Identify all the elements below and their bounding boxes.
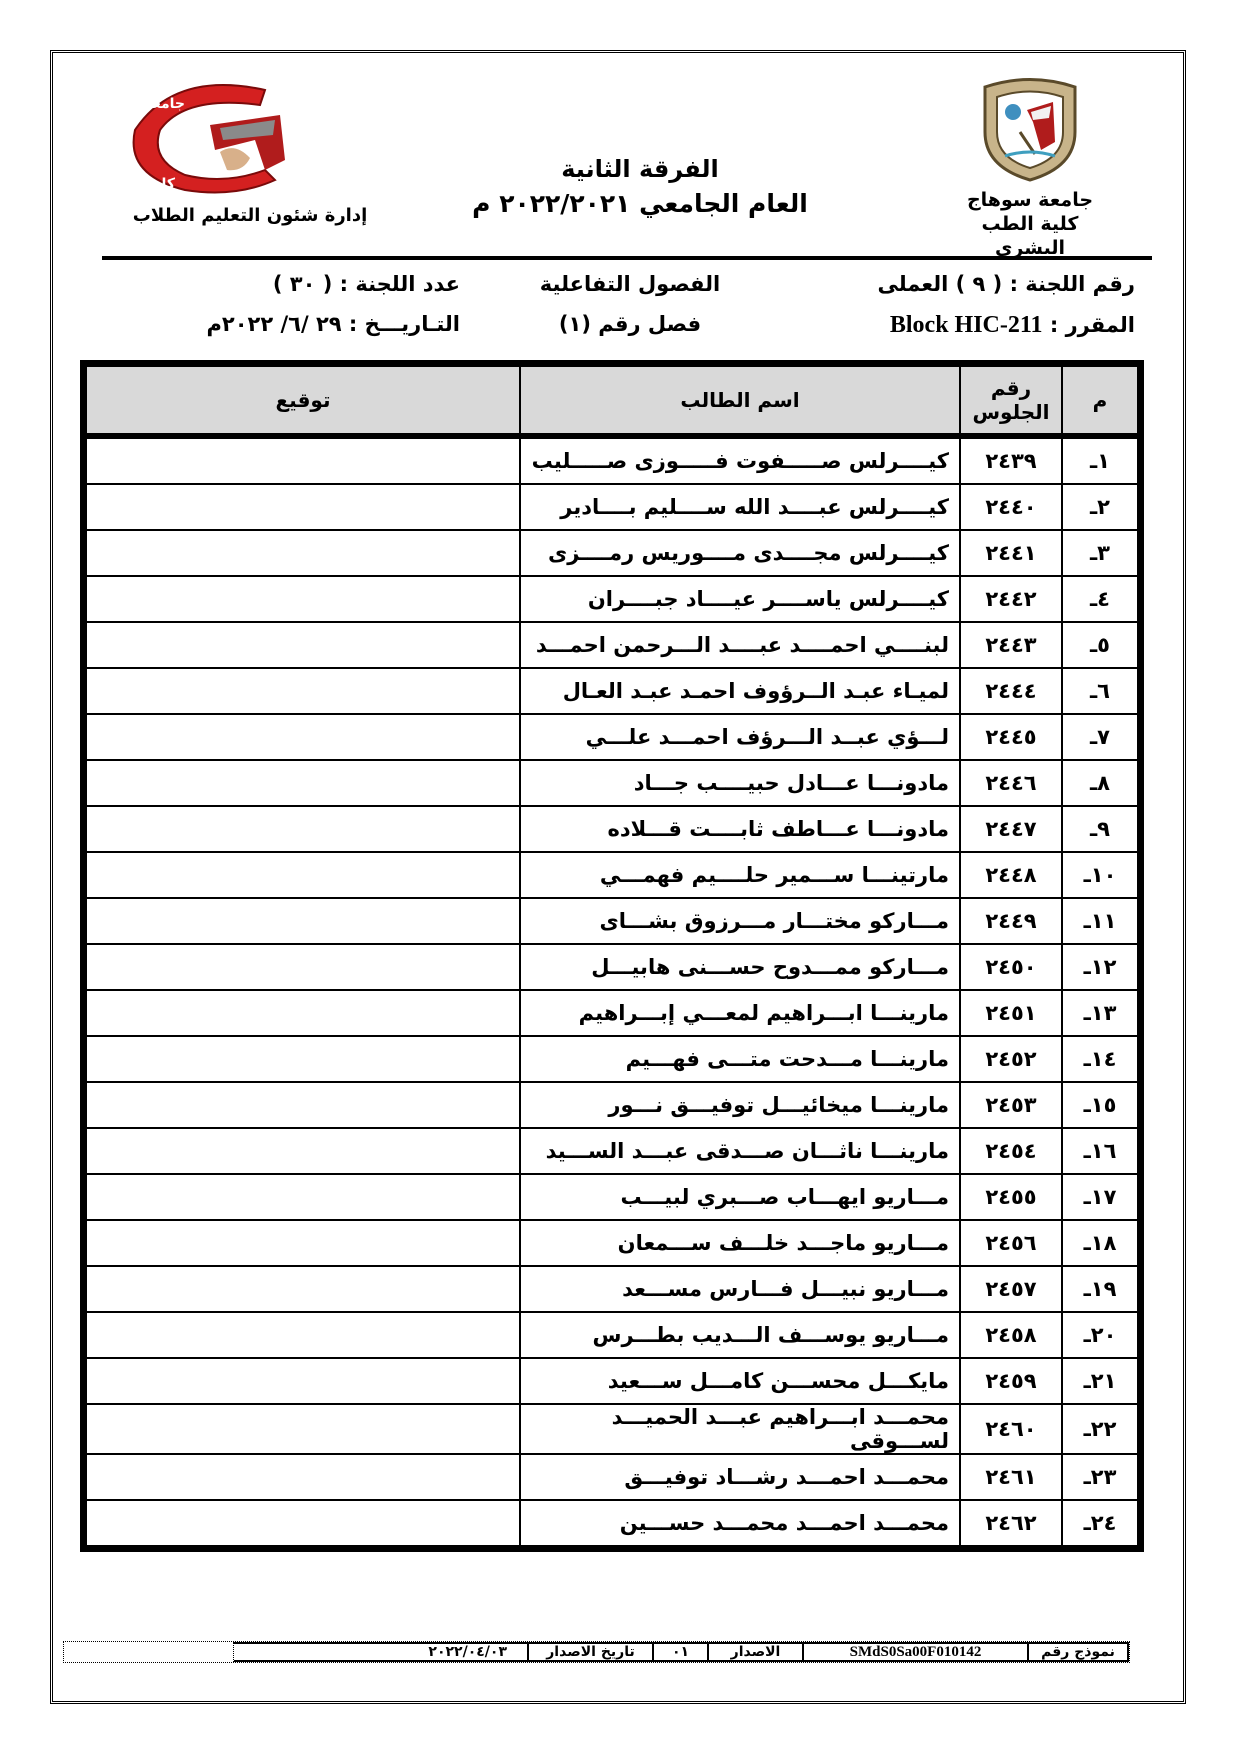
table-row: ٢١ـ٢٤٥٩مايكـــل محســـن كامـــل ســـعيد (86, 1358, 1138, 1404)
table-header-row: م رقم الجلوس اسم الطالب توقيع (86, 366, 1138, 436)
row-signature-field[interactable] (86, 714, 520, 760)
row-signature-field[interactable] (86, 1128, 520, 1174)
table-row: ١٧ـ٢٤٥٥مـــاريو ايهـــاب صـــبري لبيـــب (86, 1174, 1138, 1220)
row-index: ١٧ـ (1062, 1174, 1138, 1220)
table-row: ١٦ـ٢٤٥٤مارينـــا ناثـــان صـــدقى عبـــد… (86, 1128, 1138, 1174)
university-name: جامعة سوهاج (960, 188, 1100, 212)
row-seat-number: ٢٤٥٨ (960, 1312, 1062, 1358)
row-student-name: كيــــرلس مجــــدى مــــوريس رمــــزى (520, 530, 960, 576)
row-seat-number: ٢٤٤٤ (960, 668, 1062, 714)
row-seat-number: ٢٤٤٨ (960, 852, 1062, 898)
row-student-name: كيــــرلس ياســــر عيــــاد جبــــران (520, 576, 960, 622)
table-row: ٣ـ٢٤٤١كيــــرلس مجــــدى مــــوريس رمـــ… (86, 530, 1138, 576)
row-index: ١٣ـ (1062, 990, 1138, 1036)
table-row: ٧ـ٢٤٤٥لـــؤي عبــد الـــرؤف احمـــد علــ… (86, 714, 1138, 760)
committee-count: عدد اللجنة : ( ٣٠ ) (270, 272, 460, 296)
row-seat-number: ٢٤٤٧ (960, 806, 1062, 852)
year-level: الفرقة الثانية (440, 152, 840, 186)
row-index: ١١ـ (1062, 898, 1138, 944)
row-seat-number: ٢٤٦٠ (960, 1404, 1062, 1454)
committee-number: رقم اللجنة : ( ٩ ) العملى (877, 272, 1135, 296)
sohag-university-logo (975, 72, 1085, 182)
row-signature-field[interactable] (86, 622, 520, 668)
table-row: ١ـ٢٤٣٩كيــــرلس صـــــفوت فـــــوزى صـــ… (86, 436, 1138, 484)
row-student-name: كيــــرلس صـــــفوت فـــــوزى صـــــليب (520, 436, 960, 484)
row-index: ١٦ـ (1062, 1128, 1138, 1174)
row-index: ٧ـ (1062, 714, 1138, 760)
row-seat-number: ٢٤٣٩ (960, 436, 1062, 484)
exam-date: التـاريـــخ : ٢٩ /٦/ ٢٠٢٢م (170, 312, 460, 336)
row-signature-field[interactable] (86, 530, 520, 576)
row-seat-number: ٢٤٥٢ (960, 1036, 1062, 1082)
row-student-name: مـــاريو ماجـــد خلـــف ســـمعان (520, 1220, 960, 1266)
header-student-name: اسم الطالب (520, 366, 960, 436)
row-student-name: مـــاريو ايهـــاب صـــبري لبيـــب (520, 1174, 960, 1220)
row-signature-field[interactable] (86, 944, 520, 990)
row-index: ٦ـ (1062, 668, 1138, 714)
table-row: ١٥ـ٢٤٥٣مارينـــا ميخائيـــل توفيـــق نــ… (86, 1082, 1138, 1128)
svg-text:كلية الطب: كلية الطب (115, 176, 176, 192)
form-number-label: نموذج رقم (1029, 1642, 1129, 1662)
row-seat-number: ٢٤٥٩ (960, 1358, 1062, 1404)
row-seat-number: ٢٤٥١ (960, 990, 1062, 1036)
table-row: ٢٢ـ٢٤٦٠محمـــد ابـــراهيم عبـــد الحميــ… (86, 1404, 1138, 1454)
row-seat-number: ٢٤٥٥ (960, 1174, 1062, 1220)
row-signature-field[interactable] (86, 1404, 520, 1454)
row-signature-field[interactable] (86, 990, 520, 1036)
table-row: ٢ـ٢٤٤٠كيــــرلس عبــــد الله ســــليم بـ… (86, 484, 1138, 530)
row-signature-field[interactable] (86, 1358, 520, 1404)
row-student-name: لبنــــي احمــــد عبــــد الـــرحمن احمـ… (520, 622, 960, 668)
header-divider (102, 256, 1152, 260)
table-row: ١٩ـ٢٤٥٧مـــاريو نبيـــل فـــارس مســـعد (86, 1266, 1138, 1312)
row-signature-field[interactable] (86, 852, 520, 898)
row-student-name: مادونـــا عـــاطف ثابــــت قـــلاده (520, 806, 960, 852)
table-row: ٥ـ٢٤٤٣لبنــــي احمــــد عبــــد الـــرحم… (86, 622, 1138, 668)
row-index: ١ـ (1062, 436, 1138, 484)
row-signature-field[interactable] (86, 760, 520, 806)
row-index: ٢٢ـ (1062, 1404, 1138, 1454)
table-row: ١٨ـ٢٤٥٦مـــاريو ماجـــد خلـــف ســـمعان (86, 1220, 1138, 1266)
row-index: ٢١ـ (1062, 1358, 1138, 1404)
row-student-name: مايكـــل محســـن كامـــل ســـعيد (520, 1358, 960, 1404)
row-index: ٩ـ (1062, 806, 1138, 852)
row-signature-field[interactable] (86, 1036, 520, 1082)
row-signature-field[interactable] (86, 436, 520, 484)
row-index: ٢ـ (1062, 484, 1138, 530)
class-number: فصل رقم (١) (530, 312, 730, 336)
version-label: الاصدار (709, 1642, 804, 1662)
table-row: ٦ـ٢٤٤٤لميـاء عبـد الــرؤوف احمـد عبـد ال… (86, 668, 1138, 714)
table-row: ٢٣ـ٢٤٦١محمـــد احمـــد رشـــاد توفيـــق (86, 1454, 1138, 1500)
row-signature-field[interactable] (86, 1454, 520, 1500)
academic-year: العام الجامعي ٢٠٢٢/٢٠٢١ م (440, 186, 840, 222)
row-seat-number: ٢٤٥٣ (960, 1082, 1062, 1128)
row-seat-number: ٢٤٥٠ (960, 944, 1062, 990)
row-seat-number: ٢٤٥٤ (960, 1128, 1062, 1174)
faculty-of-medicine-logo: جامعة سوهاج كلية الطب (115, 80, 315, 200)
students-table: م رقم الجلوس اسم الطالب توقيع ١ـ٢٤٣٩كيــ… (80, 360, 1144, 1552)
row-index: ١٩ـ (1062, 1266, 1138, 1312)
row-student-name: لميـاء عبـد الــرؤوف احمـد عبـد العـال (520, 668, 960, 714)
row-seat-number: ٢٤٤٠ (960, 484, 1062, 530)
table-row: ١٢ـ٢٤٥٠مـــاركو ممـــدوح حســـنى هابيـــ… (86, 944, 1138, 990)
row-seat-number: ٢٤٤١ (960, 530, 1062, 576)
row-seat-number: ٢٤٥٦ (960, 1220, 1062, 1266)
table-row: ٨ـ٢٤٤٦مادونـــا عـــادل حبيــــب جـــاد (86, 760, 1138, 806)
table-row: ١٤ـ٢٤٥٢مارينـــا مـــدحت متـــى فهـــيم (86, 1036, 1138, 1082)
row-student-name: محمـــد احمـــد محمـــد حســـين (520, 1500, 960, 1546)
row-student-name: مارينـــا ناثـــان صـــدقى عبـــد الســـ… (520, 1128, 960, 1174)
row-student-name: كيــــرلس عبــــد الله ســــليم بــــادي… (520, 484, 960, 530)
footer-blank-cell (211, 1642, 234, 1662)
course-label: المقرر : (1050, 313, 1135, 337)
table-row: ٩ـ٢٤٤٧مادونـــا عـــاطف ثابــــت قـــلاد… (86, 806, 1138, 852)
row-index: ١٢ـ (1062, 944, 1138, 990)
row-index: ١٨ـ (1062, 1220, 1138, 1266)
issue-date-label: تاريخ الاصدار (529, 1642, 654, 1662)
form-number-value: SMdS0Sa00F010142 (804, 1642, 1029, 1662)
course-code: Block HIC-211 (890, 312, 1043, 338)
row-index: ٣ـ (1062, 530, 1138, 576)
header-index: م (1062, 366, 1138, 436)
row-signature-field[interactable] (86, 668, 520, 714)
row-signature-field[interactable] (86, 1174, 520, 1220)
header-seat-number: رقم الجلوس (960, 366, 1062, 436)
row-student-name: مارتينـــا ســـمير حلــــيم فهمـــي (520, 852, 960, 898)
table-row: ١٣ـ٢٤٥١مارينـــا ابـــراهيم لمعـــي إبــ… (86, 990, 1138, 1036)
row-index: ٢٣ـ (1062, 1454, 1138, 1500)
row-signature-field[interactable] (86, 1220, 520, 1266)
row-student-name: مادونـــا عـــادل حبيــــب جـــاد (520, 760, 960, 806)
row-student-name: مـــاريو نبيـــل فـــارس مســـعد (520, 1266, 960, 1312)
issue-date-value: ٢٠٢٢/٠٤/٠٣ (234, 1642, 529, 1662)
row-signature-field[interactable] (86, 484, 520, 530)
table-row: ٢٠ـ٢٤٥٨مـــاريو يوســـف الـــديب بطـــرس (86, 1312, 1138, 1358)
row-index: ٢٤ـ (1062, 1500, 1138, 1546)
row-seat-number: ٢٤٥٧ (960, 1266, 1062, 1312)
row-seat-number: ٢٤٤٢ (960, 576, 1062, 622)
course: المقرر : Block HIC-211 (890, 312, 1135, 339)
row-signature-field[interactable] (86, 1500, 520, 1546)
row-index: ١٥ـ (1062, 1082, 1138, 1128)
row-student-name: مـــاركو مختـــار مـــرزوق بشـــاى (520, 898, 960, 944)
row-seat-number: ٢٤٤٥ (960, 714, 1062, 760)
svg-text:جامعة سوهاج: جامعة سوهاج (115, 96, 185, 112)
row-seat-number: ٢٤٤٦ (960, 760, 1062, 806)
row-signature-field[interactable] (86, 576, 520, 622)
table-row: ٤ـ٢٤٤٢كيــــرلس ياســــر عيــــاد جبــــ… (86, 576, 1138, 622)
row-signature-field[interactable] (86, 806, 520, 852)
row-index: ٥ـ (1062, 622, 1138, 668)
row-index: ٤ـ (1062, 576, 1138, 622)
version-value: ٠١ (654, 1642, 709, 1662)
row-seat-number: ٢٤٤٣ (960, 622, 1062, 668)
table-row: ١١ـ٢٤٤٩مـــاركو مختـــار مـــرزوق بشـــا… (86, 898, 1138, 944)
row-student-name: مارينـــا ميخائيـــل توفيـــق نـــور (520, 1082, 960, 1128)
row-signature-field[interactable] (86, 1082, 520, 1128)
header-signature: توقيع (86, 366, 520, 436)
row-index: ١٠ـ (1062, 852, 1138, 898)
row-student-name: مـــاركو ممـــدوح حســـنى هابيـــل (520, 944, 960, 990)
row-seat-number: ٢٤٦١ (960, 1454, 1062, 1500)
row-index: ٢٠ـ (1062, 1312, 1138, 1358)
faculty-name: كلية الطب البشرى (960, 212, 1100, 260)
row-student-name: مارينـــا ابـــراهيم لمعـــي إبـــراهيم (520, 990, 960, 1036)
row-signature-field[interactable] (86, 898, 520, 944)
row-seat-number: ٢٤٤٩ (960, 898, 1062, 944)
row-signature-field[interactable] (86, 1266, 520, 1312)
row-student-name: لـــؤي عبــد الـــرؤف احمـــد علـــي (520, 714, 960, 760)
row-signature-field[interactable] (86, 1312, 520, 1358)
university-name-block: جامعة سوهاج كلية الطب البشرى (960, 188, 1100, 260)
form-footer: نموذج رقم SMdS0Sa00F010142 الاصدار ٠١ تا… (63, 1641, 1130, 1663)
row-index: ١٤ـ (1062, 1036, 1138, 1082)
table-row: ١٠ـ٢٤٤٨مارتينـــا ســـمير حلــــيم فهمــ… (86, 852, 1138, 898)
row-student-name: محمـــد احمـــد رشـــاد توفيـــق (520, 1454, 960, 1500)
department-name: إدارة شئون التعليم الطلاب (120, 205, 380, 226)
classrooms: الفصول التفاعلية (530, 272, 730, 296)
row-student-name: محمـــد ابـــراهيم عبـــد الحميـــد لســ… (520, 1404, 960, 1454)
table-row: ٢٤ـ٢٤٦٢محمـــد احمـــد محمـــد حســـين (86, 1500, 1138, 1546)
row-seat-number: ٢٤٦٢ (960, 1500, 1062, 1546)
row-student-name: مارينـــا مـــدحت متـــى فهـــيم (520, 1036, 960, 1082)
document-title: الفرقة الثانية العام الجامعي ٢٠٢٢/٢٠٢١ م (440, 152, 840, 222)
row-index: ٨ـ (1062, 760, 1138, 806)
row-student-name: مـــاريو يوســـف الـــديب بطـــرس (520, 1312, 960, 1358)
